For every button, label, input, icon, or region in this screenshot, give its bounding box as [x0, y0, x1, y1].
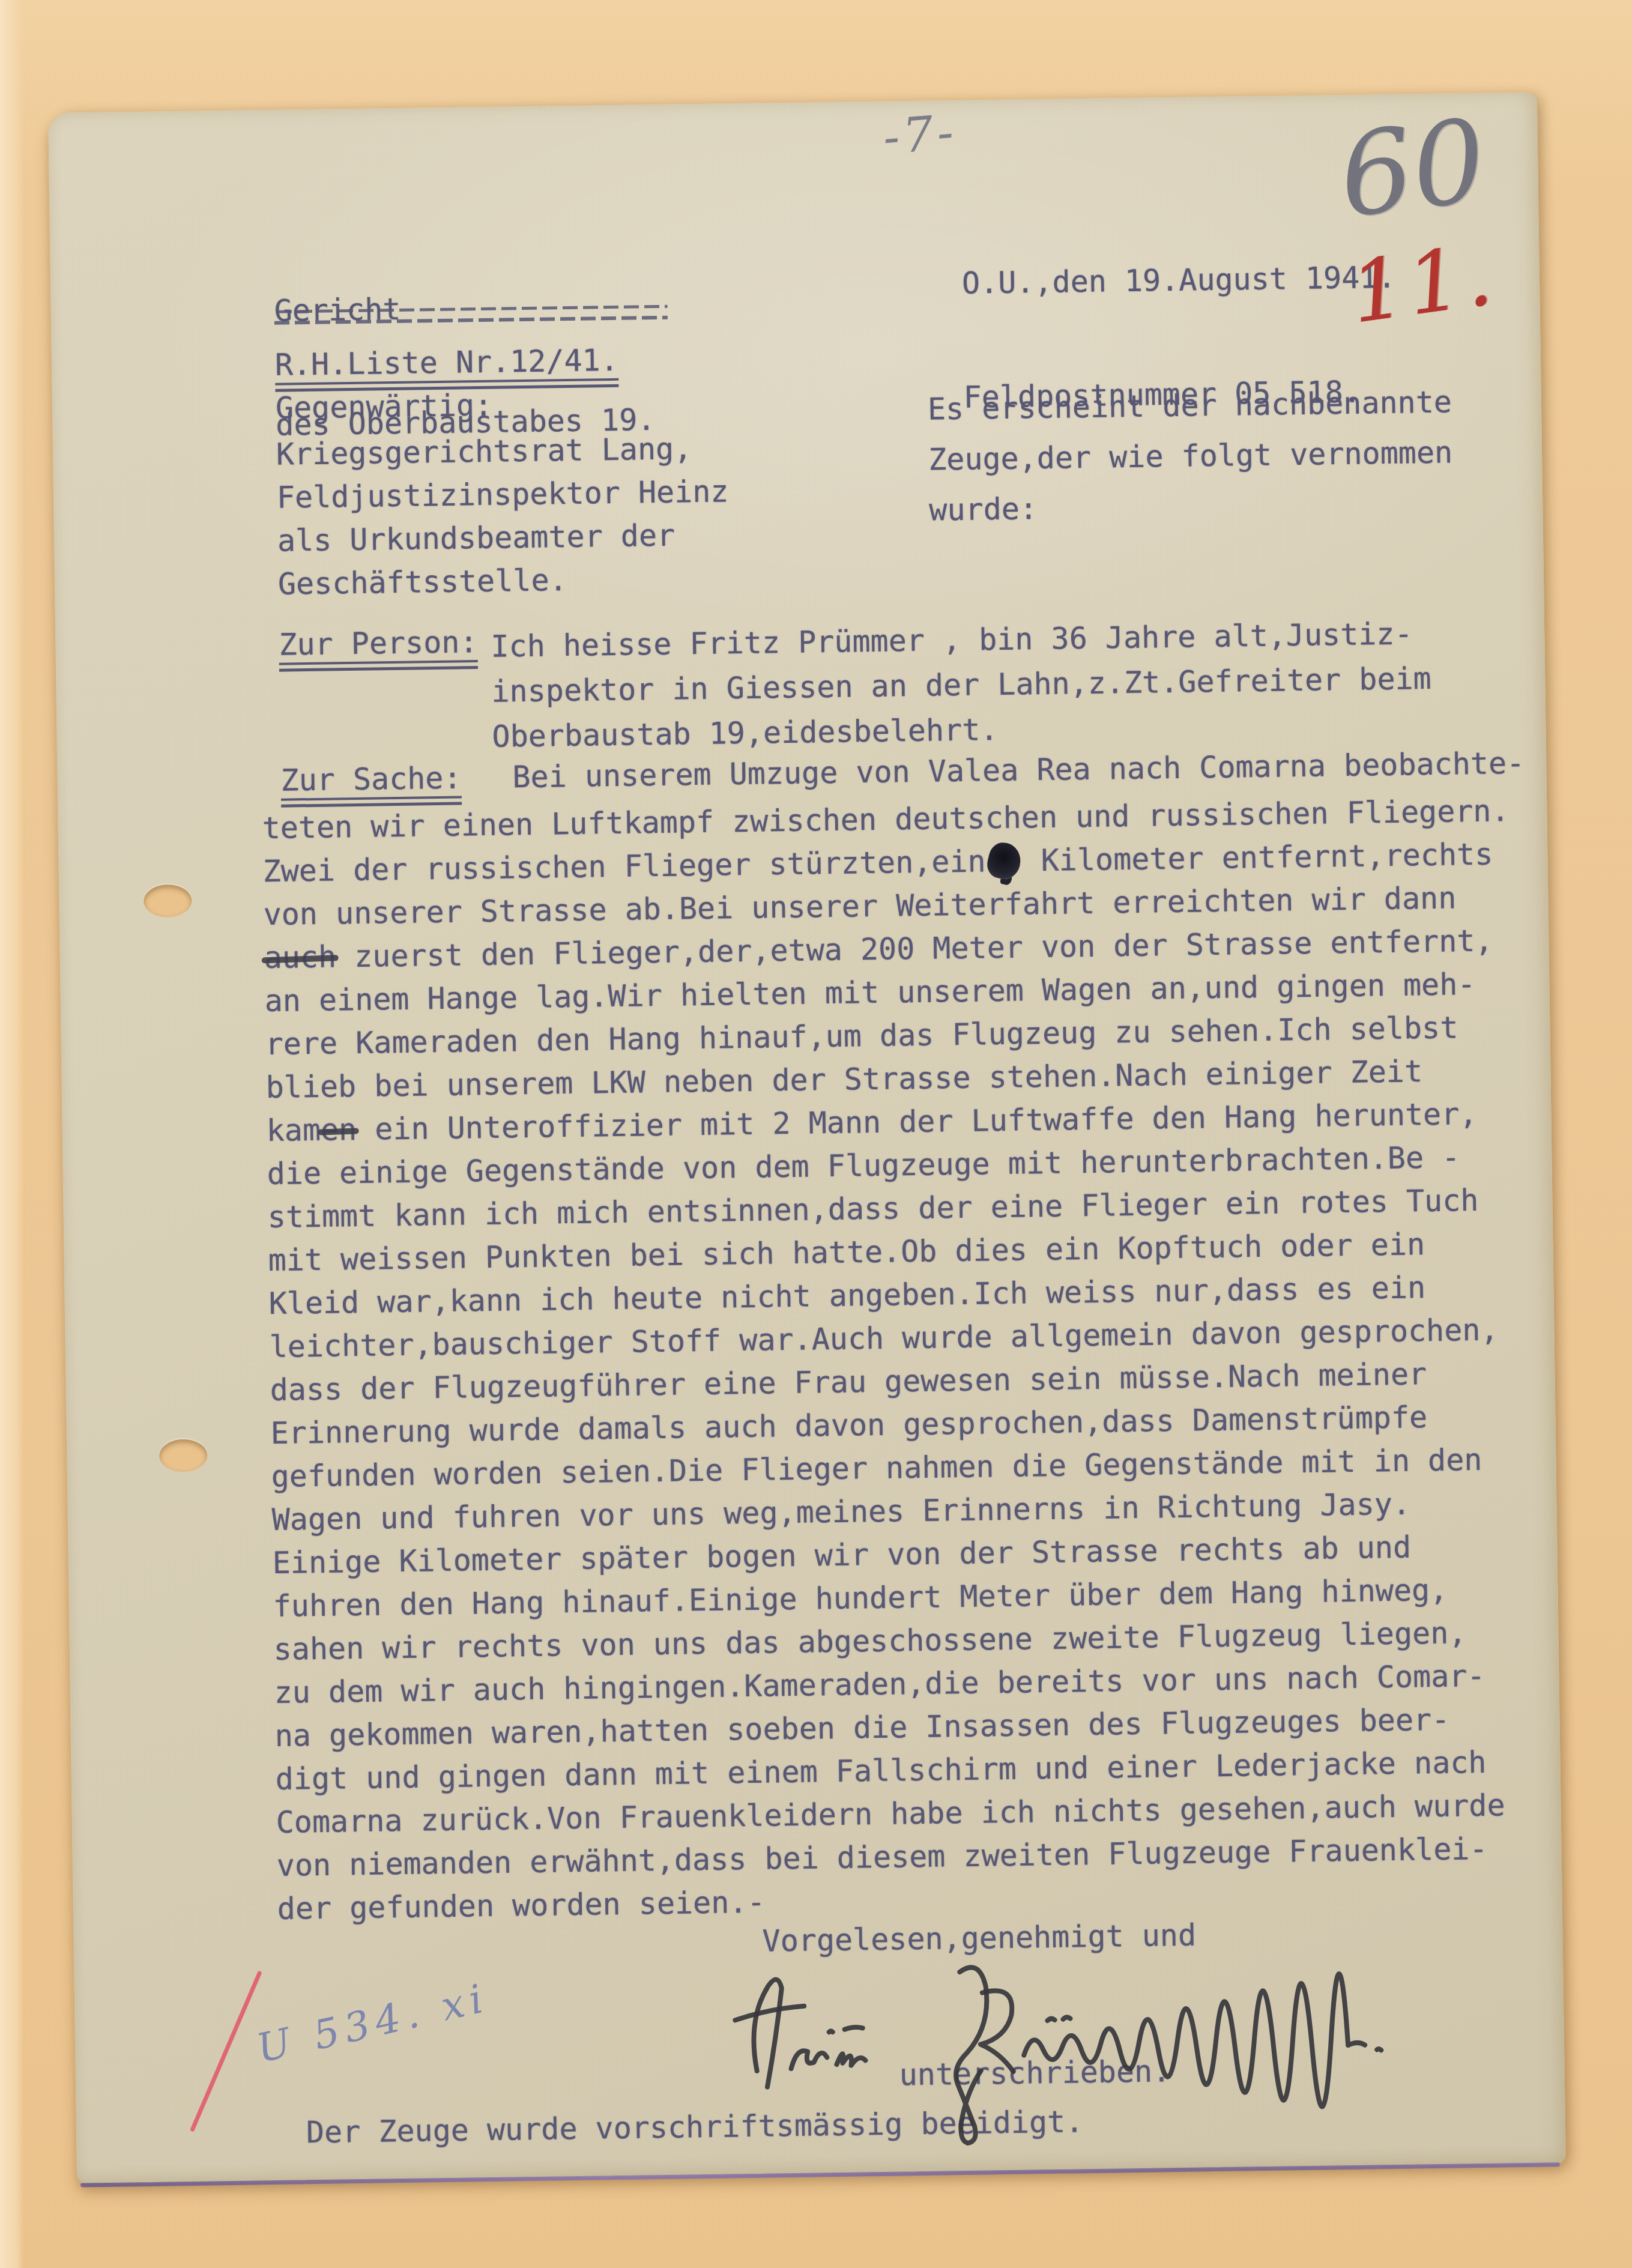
present-person-line: Geschäftsstelle.	[277, 556, 730, 606]
red-pencil-check-line	[190, 1970, 262, 2132]
witness-intro-line: Es erscheint der nachbenannte	[927, 376, 1452, 434]
typed-text: kam	[266, 1113, 321, 1148]
present-person-line: Kriegsgerichtsrat Lang,	[276, 426, 728, 476]
red-pencil-number: 11.	[1344, 226, 1501, 342]
mount-left-edge	[0, 0, 24, 2268]
ink-blot	[985, 839, 1024, 882]
strikethrough-text: auch	[264, 939, 336, 975]
punch-hole-top	[144, 885, 192, 918]
signature-stroke	[753, 1979, 783, 2087]
typed-text: Zwei der russischen Flieger stürzten,ein	[262, 844, 986, 889]
strikethrough-text: en	[321, 1112, 357, 1148]
witness-intro-line: Zeuge,der wie folgt vernommen	[928, 427, 1453, 485]
signature-stroke	[1023, 1974, 1366, 2111]
punch-hole-bottom	[159, 1439, 208, 1472]
reference-number: R.H.Liste Nr.12/41.	[274, 343, 618, 383]
present-person-line: als Urkundsbeamter der	[277, 513, 730, 563]
zur-person-statement: Ich heisse Fritz Prümmer , bin 36 Jahre …	[491, 611, 1432, 760]
zur-person-label: Zur Person:	[279, 624, 478, 662]
present-person-line: Feldjustizinspektor Heinz	[276, 470, 729, 519]
pencil-page-number: -7-	[881, 104, 959, 166]
deposition-body-lines: teten wir einen Luftkampf zwischen deuts…	[262, 789, 1525, 1931]
scanned-archive-page: { "colors":{ "mount_background":"#ecc794…	[0, 0, 1632, 2268]
typed-text: der gefunden worden seien.-	[277, 1885, 766, 1926]
present-persons-list: Kriegsgerichtsrat Lang,Feldjustizinspekt…	[276, 426, 730, 605]
blue-pencil-archive-note: U 534. xi	[253, 1974, 493, 2072]
zur-sache-label: Zur Sache:	[280, 760, 462, 797]
signature-stroke	[735, 2006, 804, 2021]
mount-right-edge	[1614, 0, 1632, 2268]
witness-intro-line: wurde:	[929, 477, 1454, 535]
signature-fritz-pruemmer	[686, 1920, 1446, 2183]
document-page: Gericht des Oberbaustabes 19. R.H.Liste …	[48, 92, 1566, 2184]
witness-intro: Es erscheint der nachbenannteZeuge,der w…	[927, 376, 1453, 535]
pencil-folio-number: 60	[1332, 94, 1492, 243]
typed-text: Kilometer entfernt,rechts	[1023, 837, 1493, 878]
signature-stroke	[791, 2027, 866, 2069]
present-label: Gegenwärtig:	[275, 388, 492, 426]
place-date-line: O.U.,den 19.August 1941.	[962, 255, 1396, 306]
